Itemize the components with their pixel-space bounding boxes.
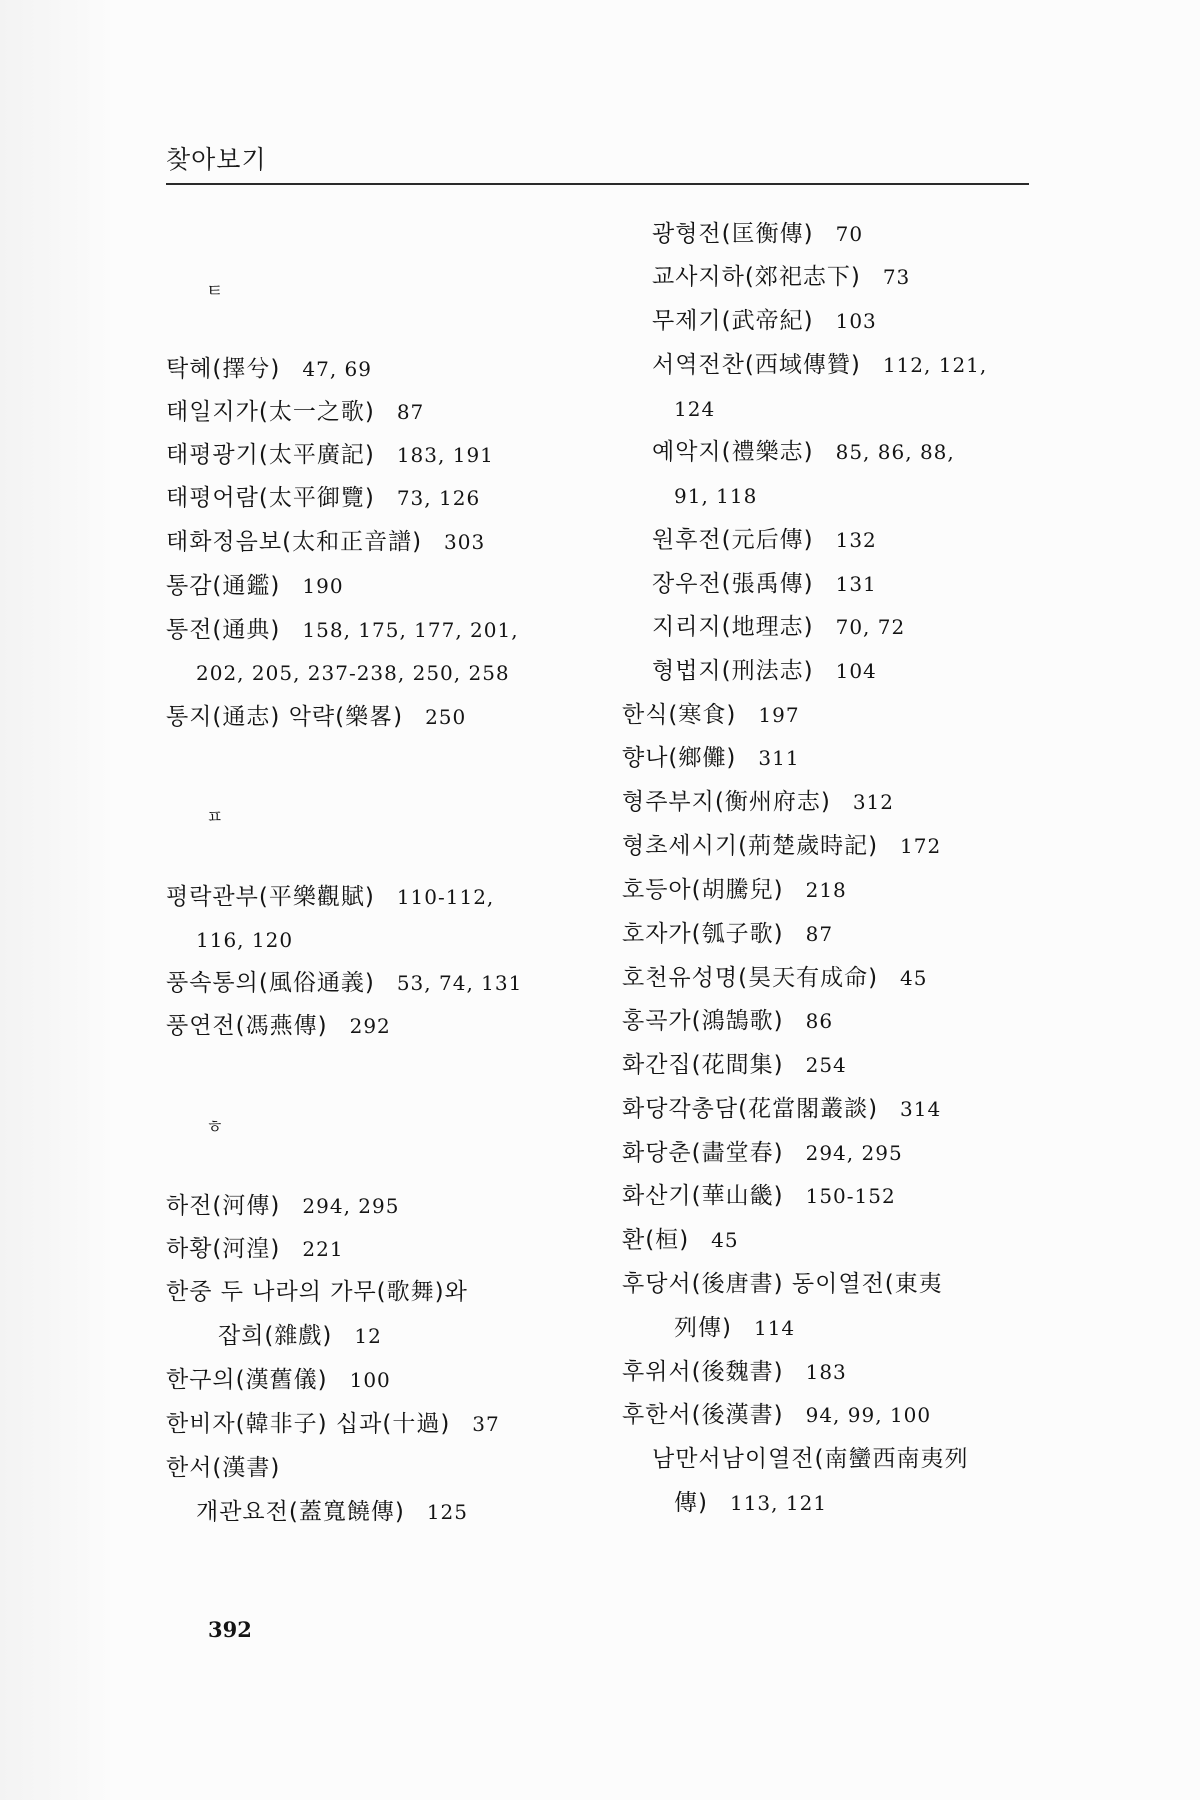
index-term: 교사지하(郊祀志下) bbox=[652, 264, 861, 290]
page-margin-shadow bbox=[0, 0, 110, 1800]
index-term: 향나(鄉儺) bbox=[622, 745, 736, 771]
page-references: 311 bbox=[758, 746, 799, 770]
index-entry: 무제기(武帝紀)103 bbox=[652, 306, 877, 336]
index-term: 하황(河湟) bbox=[166, 1236, 280, 1262]
index-term: 형주부지(衡州府志) bbox=[622, 789, 831, 815]
index-entry: 호천유성명(昊天有成命)45 bbox=[622, 963, 928, 993]
index-term: 한비자(韓非子) 십과(十過) bbox=[166, 1411, 450, 1437]
section-letter-heading: ㅍ bbox=[206, 803, 223, 829]
index-term: 평락관부(平樂觀賦) bbox=[166, 884, 375, 910]
index-entry: 후한서(後漢書)94, 99, 100 bbox=[622, 1400, 931, 1430]
page-references: 254 bbox=[806, 1053, 847, 1077]
index-term: 무제기(武帝紀) bbox=[652, 308, 814, 334]
index-entry: 한식(寒食)197 bbox=[622, 700, 800, 730]
page-references: 292 bbox=[350, 1014, 391, 1038]
index-entry: 태일지가(太一之歌)87 bbox=[166, 397, 424, 427]
index-term: 한중 두 나라의 가무(歌舞)와 bbox=[166, 1279, 468, 1305]
page-references: 47, 69 bbox=[302, 357, 372, 381]
page-references: 12 bbox=[354, 1324, 381, 1348]
page-references: 132 bbox=[836, 528, 877, 552]
index-entry: 태평광기(太平廣記)183, 191 bbox=[166, 440, 494, 470]
index-term: 예악지(禮樂志) bbox=[652, 439, 814, 465]
index-entry: 잡희(雜戲)12 bbox=[218, 1321, 382, 1351]
index-entry: 124 bbox=[674, 394, 715, 424]
page-references: 94, 99, 100 bbox=[806, 1403, 932, 1427]
page-references: 91, 118 bbox=[674, 484, 757, 508]
page-references: 113, 121 bbox=[730, 1491, 827, 1515]
page-references: 183 bbox=[806, 1360, 847, 1384]
index-entry: 후당서(後唐書) 동이열전(東夷 bbox=[622, 1269, 965, 1299]
index-entry: 환(桓)45 bbox=[622, 1225, 739, 1255]
index-entry: 하황(河湟)221 bbox=[166, 1234, 344, 1264]
index-entry: 원후전(元后傳)132 bbox=[652, 525, 877, 555]
index-term: 환(桓) bbox=[622, 1227, 689, 1253]
index-term: 하전(河傳) bbox=[166, 1193, 280, 1219]
index-entry: 탁혜(擇兮)47, 69 bbox=[166, 354, 372, 384]
page-references: 202, 205, 237-238, 250, 258 bbox=[196, 661, 510, 685]
index-term: 통지(通志) 악략(樂畧) bbox=[166, 704, 403, 730]
page-references: 125 bbox=[427, 1500, 468, 1524]
index-entry: 홍곡가(鴻鵠歌)86 bbox=[622, 1006, 833, 1036]
page-references: 104 bbox=[836, 659, 877, 683]
index-term: 형법지(刑法志) bbox=[652, 658, 814, 684]
index-term: 傳) bbox=[674, 1490, 708, 1516]
index-term: 列傳) bbox=[674, 1315, 732, 1341]
index-entry: 하전(河傳)294, 295 bbox=[166, 1191, 399, 1221]
index-term: 풍속통의(風俗通義) bbox=[166, 970, 375, 996]
index-term: 호천유성명(昊天有成命) bbox=[622, 965, 878, 991]
index-term: 화당춘(畵堂春) bbox=[622, 1140, 784, 1166]
index-entry: 예악지(禮樂志)85, 86, 88, bbox=[652, 437, 955, 467]
page-references: 37 bbox=[472, 1412, 499, 1436]
index-entry: 태평어람(太平御覽)73, 126 bbox=[166, 483, 480, 513]
index-entry: 호자가(瓠子歌)87 bbox=[622, 919, 833, 949]
index-entry: 형법지(刑法志)104 bbox=[652, 656, 877, 686]
page-references: 150-152 bbox=[806, 1184, 896, 1208]
page-references: 53, 74, 131 bbox=[397, 971, 523, 995]
page-references: 87 bbox=[806, 922, 833, 946]
section-letter-heading: ㅌ bbox=[206, 277, 223, 303]
index-term: 서역전찬(西域傳贊) bbox=[652, 352, 861, 378]
index-entry: 후위서(後魏書)183 bbox=[622, 1357, 847, 1387]
index-entry: 형초세시기(荊楚歲時記)172 bbox=[622, 831, 941, 861]
index-term: 태화정음보(太和正音譜) bbox=[166, 529, 422, 555]
page-references: 158, 175, 177, 201, bbox=[302, 618, 518, 642]
page-references: 221 bbox=[302, 1237, 343, 1261]
page-references: 124 bbox=[674, 397, 715, 421]
page-references: 183, 191 bbox=[397, 443, 494, 467]
page-references: 294, 295 bbox=[806, 1141, 903, 1165]
page-references: 131 bbox=[836, 572, 877, 596]
index-term: 남만서남이열전(南蠻西南夷列 bbox=[652, 1446, 969, 1472]
index-term: 원후전(元后傳) bbox=[652, 527, 814, 553]
index-term: 형초세시기(荊楚歲時記) bbox=[622, 833, 878, 859]
page-references: 70 bbox=[836, 222, 863, 246]
index-entry: 장우전(張禹傳)131 bbox=[652, 569, 877, 599]
page-references: 197 bbox=[758, 703, 799, 727]
index-entry: 평락관부(平樂觀賦)110-112, bbox=[166, 882, 494, 912]
page-references: 172 bbox=[900, 834, 941, 858]
header-rule bbox=[166, 183, 1029, 185]
index-entry: 교사지하(郊祀志下)73 bbox=[652, 262, 910, 292]
index-entry: 91, 118 bbox=[674, 481, 757, 511]
index-entry: 광형전(匡衡傳)70 bbox=[652, 219, 863, 249]
index-term: 후위서(後魏書) bbox=[622, 1359, 784, 1385]
index-term: 호자가(瓠子歌) bbox=[622, 921, 784, 947]
index-term: 화당각총담(花當閣叢談) bbox=[622, 1096, 878, 1122]
index-term: 개관요전(蓋寬饒傳) bbox=[196, 1499, 405, 1525]
index-entry: 116, 120 bbox=[196, 925, 293, 955]
page-references: 70, 72 bbox=[836, 615, 906, 639]
page-number: 392 bbox=[208, 1617, 252, 1642]
index-term: 홍곡가(鴻鵠歌) bbox=[622, 1008, 784, 1034]
page-references: 314 bbox=[900, 1097, 941, 1121]
index-term: 풍연전(馮燕傳) bbox=[166, 1013, 328, 1039]
index-entry: 개관요전(蓋寬饒傳)125 bbox=[196, 1497, 468, 1527]
index-term: 광형전(匡衡傳) bbox=[652, 221, 814, 247]
index-entry: 통전(通典)158, 175, 177, 201, bbox=[166, 615, 519, 645]
page-references: 73, 126 bbox=[397, 486, 480, 510]
index-entry: 화당춘(畵堂春)294, 295 bbox=[622, 1138, 903, 1168]
index-term: 탁혜(擇兮) bbox=[166, 356, 280, 382]
page-references: 45 bbox=[900, 966, 927, 990]
index-term: 태평광기(太平廣記) bbox=[166, 442, 375, 468]
page-references: 110-112, bbox=[397, 885, 494, 909]
index-term: 태일지가(太一之歌) bbox=[166, 399, 375, 425]
index-term: 장우전(張禹傳) bbox=[652, 571, 814, 597]
index-entry: 傳)113, 121 bbox=[674, 1488, 827, 1518]
page-references: 100 bbox=[350, 1368, 391, 1392]
index-entry: 화당각총담(花當閣叢談)314 bbox=[622, 1094, 941, 1124]
index-term: 태평어람(太平御覽) bbox=[166, 485, 375, 511]
index-entry: 호등아(胡騰兒)218 bbox=[622, 875, 847, 905]
index-term: 한서(漢書) bbox=[166, 1455, 280, 1481]
index-entry: 향나(鄉儺)311 bbox=[622, 743, 800, 773]
page-references: 116, 120 bbox=[196, 928, 293, 952]
page-references: 86 bbox=[806, 1009, 833, 1033]
index-term: 통감(通鑑) bbox=[166, 573, 280, 599]
page-references: 218 bbox=[806, 878, 847, 902]
index-entry: 형주부지(衡州府志)312 bbox=[622, 787, 894, 817]
index-entry: 한서(漢書) bbox=[166, 1453, 302, 1483]
page-references: 87 bbox=[397, 400, 424, 424]
page-references: 294, 295 bbox=[302, 1194, 399, 1218]
page-references: 312 bbox=[853, 790, 894, 814]
index-entry: 列傳)114 bbox=[674, 1313, 795, 1343]
index-term: 지리지(地理志) bbox=[652, 614, 814, 640]
index-entry: 한중 두 나라의 가무(歌舞)와 bbox=[166, 1277, 490, 1307]
index-term: 후한서(後漢書) bbox=[622, 1402, 784, 1428]
index-entry: 태화정음보(太和正音譜)303 bbox=[166, 527, 485, 557]
index-term: 호등아(胡騰兒) bbox=[622, 877, 784, 903]
index-entry: 화산기(華山畿)150-152 bbox=[622, 1181, 896, 1211]
section-letter-heading: ㅎ bbox=[206, 1113, 223, 1139]
page-references: 303 bbox=[444, 530, 485, 554]
index-entry: 한구의(漢舊儀)100 bbox=[166, 1365, 391, 1395]
page-references: 112, 121, bbox=[883, 353, 987, 377]
page-references: 114 bbox=[754, 1316, 795, 1340]
page-references: 73 bbox=[883, 265, 910, 289]
index-term: 화간집(花間集) bbox=[622, 1052, 784, 1078]
index-term: 후당서(後唐書) 동이열전(東夷 bbox=[622, 1271, 943, 1297]
index-term: 한구의(漢舊儀) bbox=[166, 1367, 328, 1393]
index-entry: 화간집(花間集)254 bbox=[622, 1050, 847, 1080]
running-head-title: 찾아보기 bbox=[166, 140, 267, 176]
index-term: 통전(通典) bbox=[166, 617, 280, 643]
index-entry: 통감(通鑑)190 bbox=[166, 571, 344, 601]
page-references: 103 bbox=[836, 309, 877, 333]
index-entry: 서역전찬(西域傳贊)112, 121, bbox=[652, 350, 987, 380]
page-references: 250 bbox=[425, 705, 466, 729]
page-references: 85, 86, 88, bbox=[836, 440, 955, 464]
index-term: 한식(寒食) bbox=[622, 702, 736, 728]
index-entry: 한비자(韓非子) 십과(十過)37 bbox=[166, 1409, 500, 1439]
page-references: 45 bbox=[711, 1228, 738, 1252]
index-term: 잡희(雜戲) bbox=[218, 1323, 332, 1349]
index-term: 화산기(華山畿) bbox=[622, 1183, 784, 1209]
index-entry: 풍속통의(風俗通義)53, 74, 131 bbox=[166, 968, 522, 998]
index-entry: 지리지(地理志)70, 72 bbox=[652, 612, 905, 642]
page-references: 190 bbox=[302, 574, 343, 598]
index-entry: 풍연전(馮燕傳)292 bbox=[166, 1011, 391, 1041]
index-entry: 통지(通志) 악략(樂畧)250 bbox=[166, 702, 466, 732]
index-entry: 202, 205, 237-238, 250, 258 bbox=[196, 658, 510, 688]
index-entry: 남만서남이열전(南蠻西南夷列 bbox=[652, 1444, 991, 1474]
